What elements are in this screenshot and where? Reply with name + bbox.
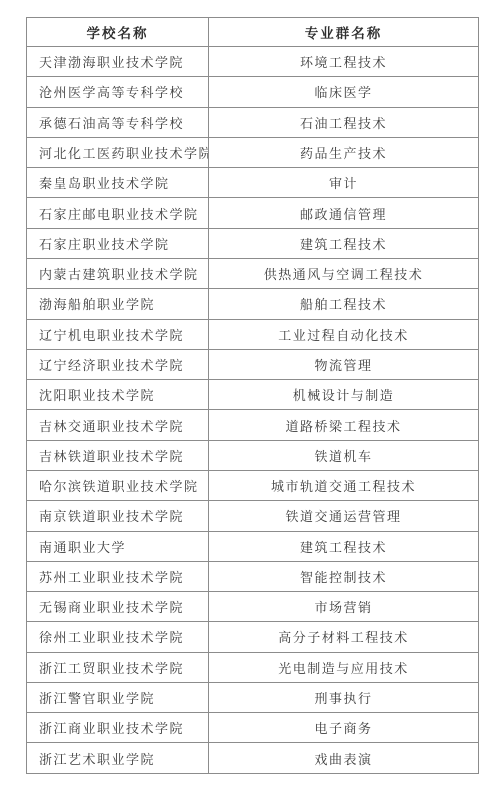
major-group-cell: 建筑工程技术 bbox=[209, 228, 479, 258]
school-name-cell: 浙江警官职业学院 bbox=[27, 682, 209, 712]
major-group-cell: 市场营销 bbox=[209, 592, 479, 622]
school-name-cell: 渤海船舶职业学院 bbox=[27, 289, 209, 319]
major-group-cell: 铁道机车 bbox=[209, 440, 479, 470]
table-row: 哈尔滨铁道职业技术学院 城市轨道交通工程技术 bbox=[27, 470, 479, 500]
major-group-cell: 高分子材料工程技术 bbox=[209, 622, 479, 652]
school-name-cell: 沈阳职业技术学院 bbox=[27, 380, 209, 410]
table-row: 天津渤海职业技术学院 环境工程技术 bbox=[27, 47, 479, 77]
school-name-cell: 河北化工医药职业技术学院 bbox=[27, 137, 209, 167]
table-row: 河北化工医药职业技术学院 药品生产技术 bbox=[27, 137, 479, 167]
table-row: 石家庄职业技术学院 建筑工程技术 bbox=[27, 228, 479, 258]
school-name-cell: 徐州工业职业技术学院 bbox=[27, 622, 209, 652]
table-row: 辽宁机电职业技术学院 工业过程自动化技术 bbox=[27, 319, 479, 349]
table-row: 苏州工业职业技术学院 智能控制技术 bbox=[27, 561, 479, 591]
table-row: 徐州工业职业技术学院 高分子材料工程技术 bbox=[27, 622, 479, 652]
table-row: 沈阳职业技术学院 机械设计与制造 bbox=[27, 380, 479, 410]
major-group-cell: 工业过程自动化技术 bbox=[209, 319, 479, 349]
major-group-cell: 邮政通信管理 bbox=[209, 198, 479, 228]
major-group-cell: 道路桥梁工程技术 bbox=[209, 410, 479, 440]
major-group-cell: 电子商务 bbox=[209, 713, 479, 743]
major-group-cell: 戏曲表演 bbox=[209, 743, 479, 774]
school-name-cell: 浙江商业职业技术学院 bbox=[27, 713, 209, 743]
school-name-cell: 石家庄邮电职业技术学院 bbox=[27, 198, 209, 228]
school-name-cell: 石家庄职业技术学院 bbox=[27, 228, 209, 258]
major-group-cell: 临床医学 bbox=[209, 77, 479, 107]
major-group-cell: 刑事执行 bbox=[209, 682, 479, 712]
school-name-cell: 辽宁机电职业技术学院 bbox=[27, 319, 209, 349]
major-group-cell: 建筑工程技术 bbox=[209, 531, 479, 561]
school-name-cell: 秦皇岛职业技术学院 bbox=[27, 168, 209, 198]
table-row: 浙江警官职业学院 刑事执行 bbox=[27, 682, 479, 712]
school-name-cell: 苏州工业职业技术学院 bbox=[27, 561, 209, 591]
school-name-cell: 沧州医学高等专科学校 bbox=[27, 77, 209, 107]
major-group-cell: 城市轨道交通工程技术 bbox=[209, 470, 479, 500]
column-header-school: 学校名称 bbox=[27, 18, 209, 47]
major-group-cell: 智能控制技术 bbox=[209, 561, 479, 591]
header-row: 学校名称 专业群名称 bbox=[27, 18, 479, 47]
school-name-cell: 哈尔滨铁道职业技术学院 bbox=[27, 470, 209, 500]
major-group-cell: 石油工程技术 bbox=[209, 107, 479, 137]
table-row: 无锡商业职业技术学院 市场营销 bbox=[27, 592, 479, 622]
table-row: 沧州医学高等专科学校 临床医学 bbox=[27, 77, 479, 107]
major-group-cell: 环境工程技术 bbox=[209, 47, 479, 77]
table-row: 浙江商业职业技术学院 电子商务 bbox=[27, 713, 479, 743]
school-name-cell: 浙江工贸职业技术学院 bbox=[27, 652, 209, 682]
school-name-cell: 承德石油高等专科学校 bbox=[27, 107, 209, 137]
major-group-cell: 铁道交通运营管理 bbox=[209, 501, 479, 531]
schools-majors-table: 学校名称 专业群名称 天津渤海职业技术学院 环境工程技术 沧州医学高等专科学校 … bbox=[26, 17, 479, 774]
table-row: 南通职业大学 建筑工程技术 bbox=[27, 531, 479, 561]
major-group-cell: 船舶工程技术 bbox=[209, 289, 479, 319]
school-name-cell: 吉林铁道职业技术学院 bbox=[27, 440, 209, 470]
school-name-cell: 内蒙古建筑职业技术学院 bbox=[27, 258, 209, 288]
major-group-cell: 审计 bbox=[209, 168, 479, 198]
table-body: 天津渤海职业技术学院 环境工程技术 沧州医学高等专科学校 临床医学 承德石油高等… bbox=[27, 47, 479, 774]
school-name-cell: 浙江艺术职业学院 bbox=[27, 743, 209, 774]
major-group-cell: 供热通风与空调工程技术 bbox=[209, 258, 479, 288]
major-group-cell: 机械设计与制造 bbox=[209, 380, 479, 410]
school-name-cell: 南京铁道职业技术学院 bbox=[27, 501, 209, 531]
document-page: 学校名称 专业群名称 天津渤海职业技术学院 环境工程技术 沧州医学高等专科学校 … bbox=[0, 0, 500, 793]
table-row: 承德石油高等专科学校 石油工程技术 bbox=[27, 107, 479, 137]
school-name-cell: 辽宁经济职业技术学院 bbox=[27, 349, 209, 379]
table-row: 浙江工贸职业技术学院 光电制造与应用技术 bbox=[27, 652, 479, 682]
table-row: 吉林铁道职业技术学院 铁道机车 bbox=[27, 440, 479, 470]
major-group-cell: 药品生产技术 bbox=[209, 137, 479, 167]
table-row: 秦皇岛职业技术学院 审计 bbox=[27, 168, 479, 198]
school-name-cell: 天津渤海职业技术学院 bbox=[27, 47, 209, 77]
table-row: 内蒙古建筑职业技术学院 供热通风与空调工程技术 bbox=[27, 258, 479, 288]
table-row: 渤海船舶职业学院 船舶工程技术 bbox=[27, 289, 479, 319]
column-header-major: 专业群名称 bbox=[209, 18, 479, 47]
major-group-cell: 光电制造与应用技术 bbox=[209, 652, 479, 682]
table-row: 南京铁道职业技术学院 铁道交通运营管理 bbox=[27, 501, 479, 531]
table-row: 辽宁经济职业技术学院 物流管理 bbox=[27, 349, 479, 379]
table-row: 吉林交通职业技术学院 道路桥梁工程技术 bbox=[27, 410, 479, 440]
major-group-cell: 物流管理 bbox=[209, 349, 479, 379]
table-row: 浙江艺术职业学院 戏曲表演 bbox=[27, 743, 479, 774]
school-name-cell: 无锡商业职业技术学院 bbox=[27, 592, 209, 622]
school-name-cell: 吉林交通职业技术学院 bbox=[27, 410, 209, 440]
table-row: 石家庄邮电职业技术学院 邮政通信管理 bbox=[27, 198, 479, 228]
school-name-cell: 南通职业大学 bbox=[27, 531, 209, 561]
